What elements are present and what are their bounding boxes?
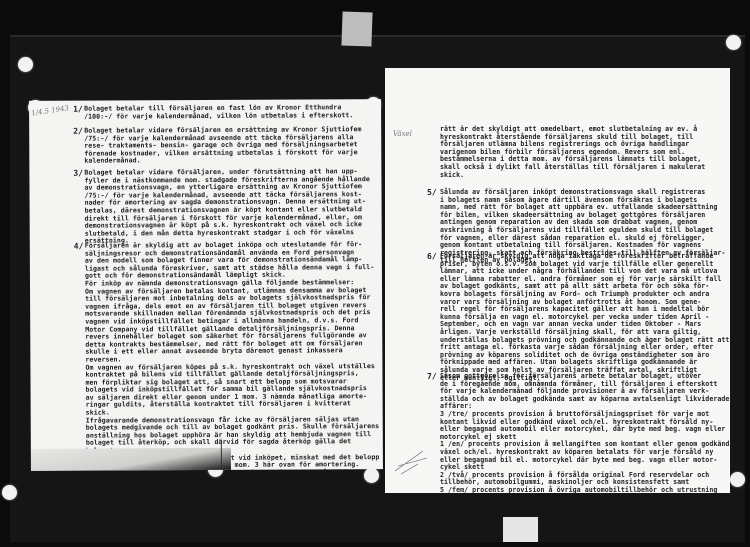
handwritten-margin-note: Växel bbox=[393, 130, 412, 138]
tape-strip-bottom bbox=[503, 517, 538, 542]
punch-hole bbox=[730, 472, 745, 487]
punch-hole bbox=[364, 468, 379, 483]
clause-2-text: Bolaget betalar vidare försäljaren en er… bbox=[84, 126, 362, 165]
handwritten-signature-mark bbox=[393, 446, 433, 476]
clause-number: 2/ bbox=[73, 127, 83, 136]
handwritten-date-note: 1/4.5 1943 bbox=[31, 104, 70, 117]
clause-number: 7/ bbox=[427, 372, 437, 381]
clause-4-text: Försäljaren är skyldig att av bolaget in… bbox=[85, 241, 383, 471]
clause-6-text: Försäljaren är skyldig att noga iakttaga… bbox=[440, 253, 729, 382]
clause-number: 1/ bbox=[73, 105, 83, 114]
clause-number: 5/ bbox=[427, 188, 437, 197]
punch-hole bbox=[18, 57, 33, 72]
punch-hole bbox=[726, 35, 741, 50]
clause-number: 3/ bbox=[73, 169, 83, 178]
clause-3-text: Bolaget betalar vidare försäljaren, unde… bbox=[84, 168, 370, 245]
clause-7-text: Såsom gottgörelse för försäljarens arbet… bbox=[440, 373, 729, 493]
clause-1-text: Bolaget betalar till försäljaren en fast… bbox=[84, 104, 353, 121]
clause-4-continuation: rätt är det skyldigt att omedelbart, emo… bbox=[440, 126, 705, 179]
document-page-left: 1/4.5 1943 1/ Bolaget betalar till försä… bbox=[29, 99, 383, 471]
document-page-right: Växel rätt är det skyldigt att omedelbar… bbox=[385, 68, 730, 493]
torn-paper-edge bbox=[31, 448, 231, 471]
page-crease bbox=[221, 440, 222, 470]
tape-strip-top bbox=[341, 11, 372, 46]
clause-number: 4/ bbox=[74, 242, 84, 251]
clause-number: 6/ bbox=[427, 252, 437, 261]
punch-hole bbox=[2, 485, 17, 500]
